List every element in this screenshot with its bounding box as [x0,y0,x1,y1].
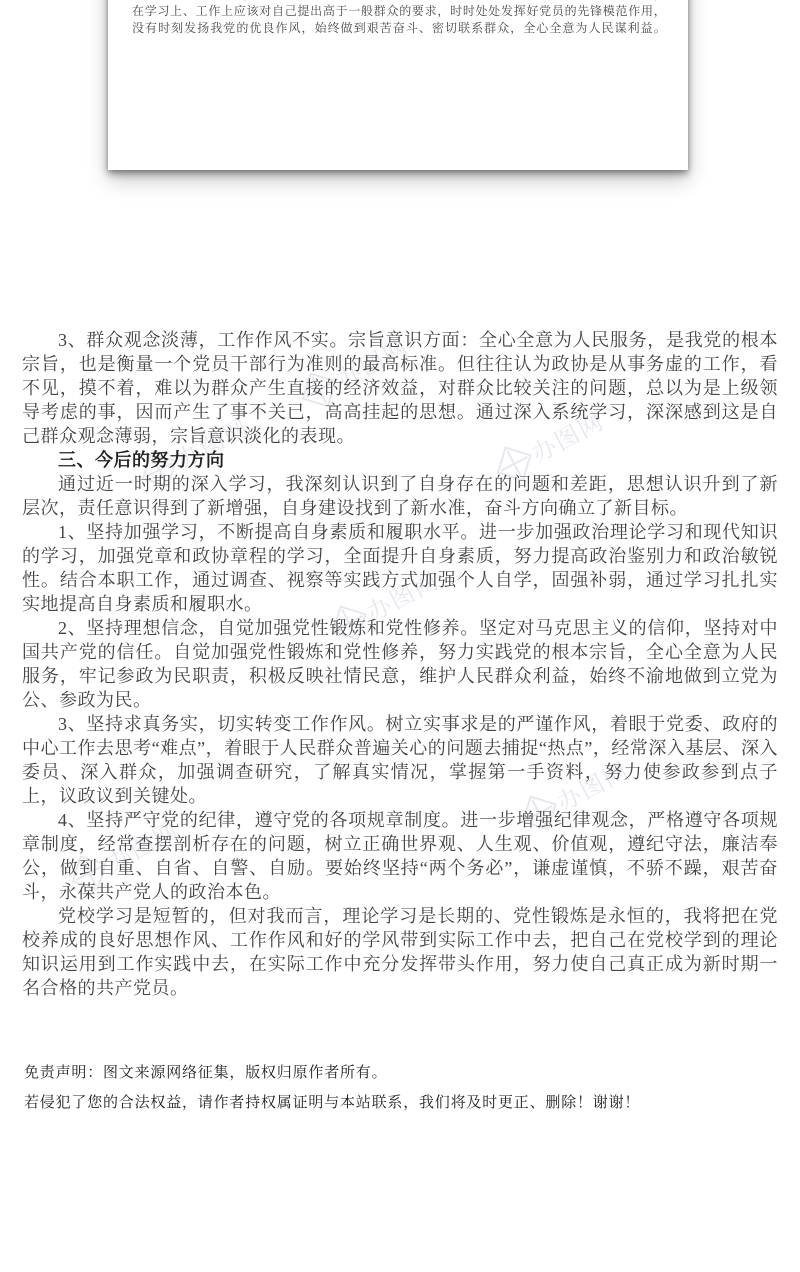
paragraph-point-1: 1、坚持加强学习，不断提高自身素质和履职水平。进一步加强政治理论学习和现代知识的… [22,520,778,616]
paragraph-intro: 通过近一时期的深入学习，我深刻认识到了自身存在的问题和差距，思想认识升到了新层次… [22,472,778,520]
document-preview-page: 办图网 办图网 办图网 办图网 办图网 办图网 随着工作岗位的变化，与基层群众的… [0,0,800,1272]
paragraph-point-3: 3、坚持求真务实，切实转变工作作风。树立实事求是的严谨作风，着眼于党委、政府的中… [22,712,778,808]
section-heading-future-direction: 三、今后的努力方向 [22,448,778,472]
paragraph-shortcoming-3: 3、群众观念淡薄，工作作风不实。宗旨意识方面：全心全意为人民服务，是我党的根本宗… [22,328,778,448]
disclaimer: 免责声明：图文来源网络征集，版权归原作者所有。 若侵犯了您的合法权益，请作者持权… [24,1058,764,1118]
paragraph-point-4: 4、坚持严守党的纪律，遵守党的各项规章制度。进一步增强纪律观念，严格遵守各项规章… [22,808,778,904]
document-body: 3、群众观念淡薄，工作作风不实。宗旨意识方面：全心全意为人民服务，是我党的根本宗… [22,328,778,1000]
preview-line: 在学习上、工作上应该对自己提出高于一般群众的要求，时时处处发挥好党员的先锋模范作… [132,3,666,20]
document-page-preview[interactable]: 随着工作岗位的变化，与基层群众的接触少了，服务意识不强。没有意识到自己是一名共产… [108,0,688,170]
paragraph-point-2: 2、坚持理想信念，自觉加强党性锻炼和党性修养。坚定对马克思主义的信仰，坚持对中国… [22,616,778,712]
disclaimer-line-1: 免责声明：图文来源网络征集，版权归原作者所有。 [24,1058,764,1088]
page-preview-text: 随着工作岗位的变化，与基层群众的接触少了，服务意识不强。没有意识到自己是一名共产… [132,0,666,37]
paragraph-closing: 党校学习是短暂的，但对我而言，理论学习是长期的、党性锻炼是永恒的，我将把在党校养… [22,904,778,1000]
preview-line: 没有时刻发扬我党的优良作风，始终做到艰苦奋斗、密切联系群众，全心全意为人民谋利益… [132,20,666,37]
disclaimer-line-2: 若侵犯了您的合法权益，请作者持权属证明与本站联系，我们将及时更正、删除！谢谢！ [24,1088,764,1118]
